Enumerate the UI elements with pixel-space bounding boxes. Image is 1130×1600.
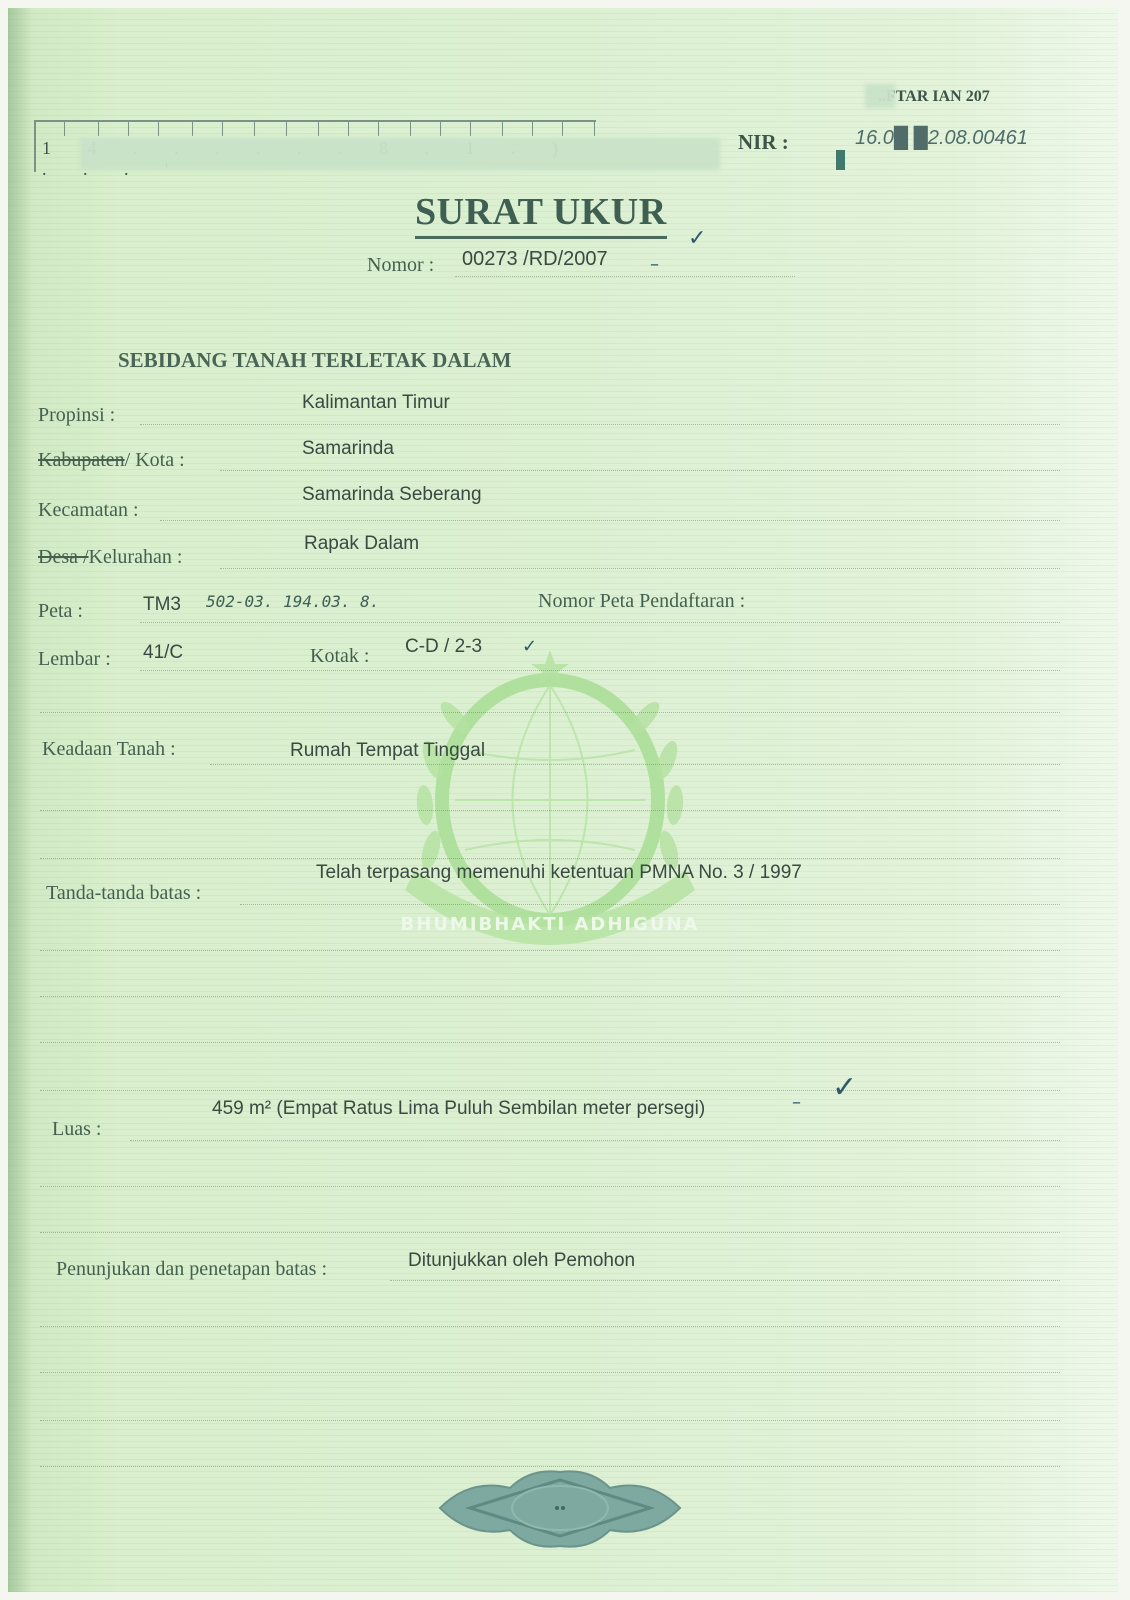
propinsi-label: Propinsi : bbox=[38, 404, 115, 427]
kota-label: Kabupaten/ Kota : bbox=[38, 449, 185, 472]
lembar-label: Lembar : bbox=[38, 648, 111, 671]
rule-line bbox=[40, 950, 1060, 951]
rule-line bbox=[40, 1326, 1060, 1327]
rule-line bbox=[140, 622, 1060, 623]
check-mark-icon: ✓ bbox=[688, 226, 706, 251]
rule-line bbox=[40, 996, 1060, 997]
rule-line bbox=[240, 904, 1060, 905]
rule-line bbox=[210, 764, 1060, 765]
rule-line bbox=[390, 1280, 1060, 1281]
dash-mark-icon: – bbox=[650, 254, 659, 275]
rule-line bbox=[40, 1232, 1060, 1233]
lembar-value: 41/C bbox=[143, 642, 183, 664]
kecamatan-value: Samarinda Seberang bbox=[302, 484, 482, 506]
nir-label: NIR : bbox=[738, 130, 789, 155]
propinsi-value: Kalimantan Timur bbox=[302, 392, 450, 414]
tanda-batas-label: Tanda-tanda batas : bbox=[46, 882, 201, 905]
rule-line bbox=[140, 424, 1060, 425]
rule-line bbox=[140, 670, 1060, 671]
peta-label: Peta : bbox=[38, 600, 83, 623]
nomor-peta-label: Nomor Peta Pendaftaran : bbox=[538, 590, 745, 613]
rule-line bbox=[40, 1090, 1060, 1091]
rule-line bbox=[220, 568, 1060, 569]
keadaan-tanah-label: Keadaan Tanah : bbox=[42, 738, 176, 761]
page-edge-shadow bbox=[8, 8, 32, 1592]
svg-text:BHUMIBHAKTI ADHIGUNA: BHUMIBHAKTI ADHIGUNA bbox=[401, 914, 700, 935]
peta-value: TM3 bbox=[143, 594, 181, 616]
rule-line bbox=[160, 520, 1060, 521]
luas-label: Luas : bbox=[52, 1118, 101, 1141]
keadaan-tanah-value: Rumah Tempat Tinggal bbox=[290, 740, 485, 762]
nomor-label: Nomor : bbox=[367, 254, 434, 277]
dash-mark-icon: – bbox=[792, 1092, 801, 1113]
redaction-block bbox=[836, 150, 845, 170]
section-title: SEBIDANG TANAH TERLETAK DALAM bbox=[118, 348, 511, 373]
rule-line bbox=[40, 1042, 1060, 1043]
kelurahan-value: Rapak Dalam bbox=[304, 533, 419, 555]
luas-value: 459 m² (Empat Ratus Lima Puluh Sembilan … bbox=[212, 1098, 705, 1120]
rule-line bbox=[40, 858, 1060, 859]
kecamatan-label: Kecamatan : bbox=[38, 499, 139, 522]
rule-line bbox=[40, 1372, 1060, 1373]
kotak-label: Kotak : bbox=[310, 645, 369, 668]
check-mark-icon: ✓ bbox=[522, 636, 537, 657]
peta-handwritten-number: 502-03. 194.03. 8. bbox=[206, 592, 379, 611]
redaction-blur bbox=[80, 138, 720, 170]
kota-value: Samarinda bbox=[302, 438, 394, 460]
rule-line bbox=[130, 1140, 1060, 1141]
document-title: SURAT UKUR bbox=[415, 190, 667, 239]
nomor-value: 00273 /RD/2007 bbox=[462, 248, 608, 271]
redaction-blur bbox=[865, 84, 895, 108]
penunjukan-label: Penunjukan dan penetapan batas : bbox=[56, 1258, 327, 1281]
penunjukan-value: Ditunjukkan oleh Pemohon bbox=[408, 1250, 635, 1272]
rule-line bbox=[40, 810, 1060, 811]
kelurahan-label: Desa /Kelurahan : bbox=[38, 546, 182, 569]
rule-line bbox=[40, 712, 1060, 713]
rule-line bbox=[40, 1186, 1060, 1187]
rule-line bbox=[455, 276, 795, 277]
rule-line bbox=[40, 1420, 1060, 1421]
tanda-batas-value: Telah terpasang memenuhi ketentuan PMNA … bbox=[316, 862, 802, 884]
kotak-value: C-D / 2-3 bbox=[405, 636, 482, 658]
rule-line bbox=[220, 470, 1060, 471]
nir-value: 16.0█ █2.08.00461 bbox=[855, 127, 1028, 150]
check-mark-icon: ✓ bbox=[832, 1070, 857, 1105]
security-rosette-icon bbox=[430, 1458, 690, 1558]
